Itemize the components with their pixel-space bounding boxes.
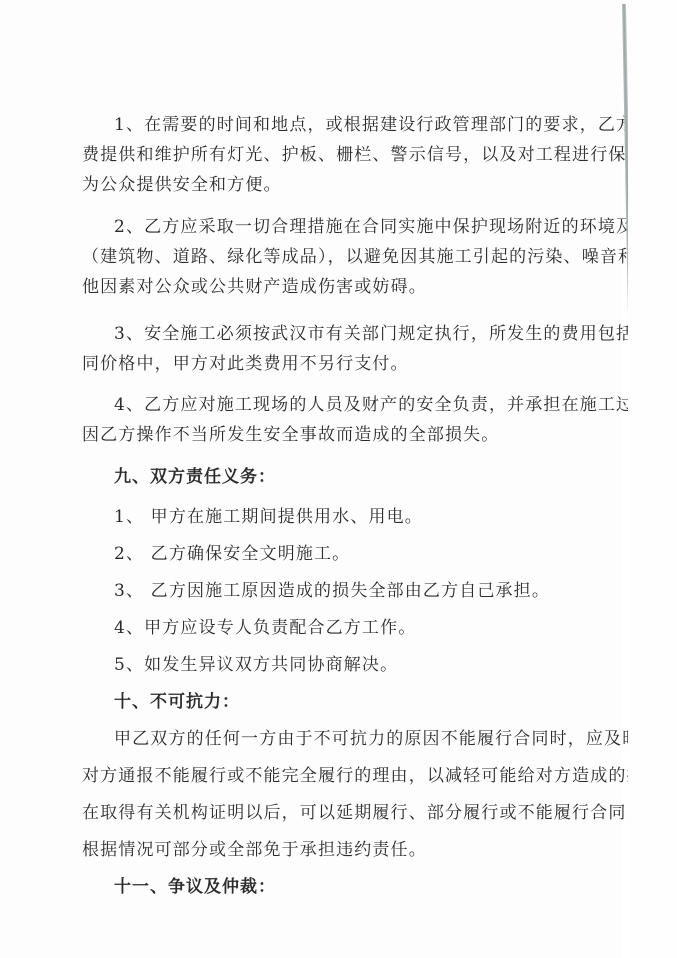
clause-8-item-1-line-1: 1、在需要的时间和地点，或根据建设行政管理部门的要求，乙方应自 <box>114 115 670 135</box>
section-9-item-3: 3、 乙方因施工原因造成的损失全部由乙方自己承担。 <box>114 581 550 601</box>
document-page: 1、在需要的时间和地点，或根据建设行政管理部门的要求，乙方应自 费提供和维护所有… <box>0 0 622 958</box>
section-10-line-4: 根据情况可部分或全部免于承担违约责任。 <box>82 840 427 860</box>
clause-8-item-4-line-2: 因乙方操作不当所发生安全事故而造成的全部损失。 <box>82 425 499 445</box>
clause-8-item-2-line-2: （建筑物、道路、绿化等成品），以避免因其施工引起的污染、噪音和其 <box>82 247 654 267</box>
section-10-line-2: 对方通报不能履行或不能完全履行的理由，以减轻可能给对方造成的损失， <box>82 766 677 786</box>
section-10-heading: 十、不可抗力： <box>114 692 240 712</box>
section-11-heading: 十一、争议及仲裁： <box>114 877 276 897</box>
section-9-heading: 九、双方责任义务： <box>114 467 276 487</box>
clause-8-item-2-line-1: 2、乙方应采取一切合理措施在合同实施中保护现场附近的环境及成品 <box>114 217 670 237</box>
clause-8-item-1-line-3: 为公众提供安全和方便。 <box>82 175 282 195</box>
section-9-item-5: 5、如发生异议双方共同协商解决。 <box>114 655 398 675</box>
clause-8-item-2-line-3: 他因素对公众或公共财产造成伤害或妨碍。 <box>82 277 427 297</box>
clause-8-item-4-line-1: 4、乙方应对施工现场的人员及财产的安全负责，并承担在施工过程中 <box>114 395 670 415</box>
section-9-item-2: 2、 乙方确保安全文明施工。 <box>114 544 350 564</box>
clause-8-item-1-line-2: 费提供和维护所有灯光、护板、栅栏、警示信号，以及对工程进行保护或 <box>82 145 663 165</box>
section-10-line-1: 甲乙双方的任何一方由于不可抗力的原因不能履行合同时，应及时向 <box>114 729 659 749</box>
clause-8-item-3-line-1: 3、安全施工必须按武汉市有关部门规定执行，所发生的费用包括在合 <box>114 324 670 344</box>
adjacent-page-edge: 到 变 补 趋 款 达 日 天 二 扌 <box>628 0 677 958</box>
section-9-item-1: 1、 甲方在施工期间提供用水、用电。 <box>114 507 423 527</box>
clause-8-item-3-line-2: 同价格中，甲方对此类费用不另行支付。 <box>82 354 409 374</box>
section-9-item-4: 4、甲方应设专人负责配合乙方工作。 <box>114 618 416 638</box>
section-10-line-3: 在取得有关机构证明以后，可以延期履行、部分履行或不能履行合同，并 <box>82 803 663 823</box>
